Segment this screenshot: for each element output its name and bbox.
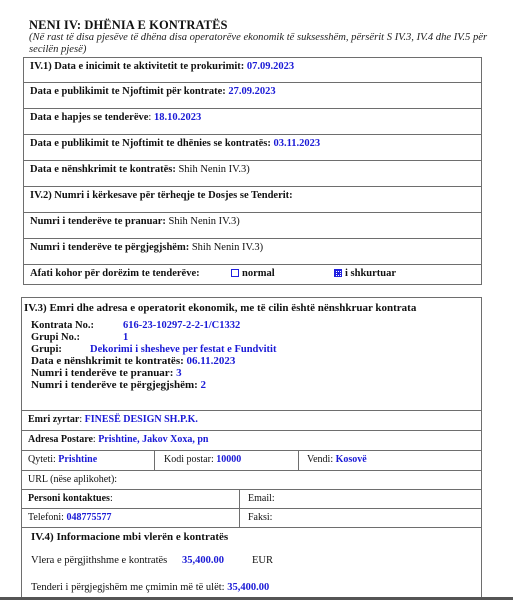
value: Shih Nenin IV.3) [192,242,263,253]
option-shortened[interactable]: i shkurtuar [334,268,396,279]
contact-label: Personi kontaktues [28,493,110,504]
fax-label: Faksi: [248,512,272,523]
checkbox-unchecked-icon[interactable] [231,269,239,277]
value: 07.09.2023 [247,61,294,72]
option-normal[interactable]: normal [231,268,275,279]
accepted-value: 3 [176,367,182,379]
postal-address-value: Prishtine, Jakov Xoxa, pn [98,434,208,445]
contract-dates-table: IV.1) Data e inicimit te aktivitetit te … [23,57,482,285]
row-phone-fax: Telefoni: 048775577 Faksi: [22,509,481,528]
accepted-label: Numri i tenderëve te pranuar: [31,367,176,379]
postal-code-value: 10000 [216,454,241,465]
section4-title: IV.4) Informacione mbi vlerën e kontratë… [31,531,228,543]
postal-address-label: Adresa Postare [28,434,93,445]
responsive-label: Numri i tenderëve te përgjegjshëm: [31,379,201,391]
economic-operator-table: IV.3) Emri dhe adresa e operatorit ekono… [21,297,482,600]
official-name-value: FINESË DESIGN SH.P.K. [85,414,198,425]
row-initiation-date: IV.1) Data e inicimit te aktivitetit te … [24,58,481,83]
phone-value: 048775577 [66,512,111,523]
label: Numri i tenderëve te përgjegjshëm: [30,242,192,253]
label: Data e publikimit te Njoftimit te dhënie… [30,138,274,149]
row-contract-value: IV.4) Informacione mbi vlerën e kontratë… [22,528,481,600]
row-url: URL (nëse aplikohet): [22,471,481,490]
row-deadline: Afati kohor për dorëzim te tenderëve: no… [24,265,481,285]
row-accepted-tenders: Numri i tenderëve te pranuar: Shih Nenin… [24,213,481,239]
total-value-label: Vlera e përgjithshme e kontratës [31,555,167,566]
label: IV.1) Data e inicimit te aktivitetit te … [30,61,247,72]
group-label: Grupi: [31,344,62,355]
row-postal-address: Adresa Postare: Prishtine, Jakov Xoxa, p… [22,431,481,451]
row-signing-date: Data e nënshkrimit te kontratës: Shih Ne… [24,161,481,187]
row-award-notice-date: Data e publikimit te Njoftimit te dhënie… [24,135,481,161]
contract-no-value: 616-23-10297-2-2-1/C1332 [123,320,240,331]
group-value: Dekorimi i shesheve per festat e Fundvit… [90,344,276,355]
contract-no-label: Kontrata No.: [31,320,94,331]
label: Numri i tenderëve te pranuar: [30,216,169,227]
value: 03.11.2023 [274,138,321,149]
sign-date-label: Data e nënshkrimit te kontratës: [31,355,187,367]
lowest-value: 35,400.00 [227,582,269,593]
label: Data e nënshkrimit te kontratës: [30,164,178,175]
postal-code-label: Kodi postar: [164,454,216,465]
total-value: 35,400.00 [182,555,224,566]
phone-label: Telefoni: [28,512,66,523]
row-withdrawal-requests: IV.2) Numri i kërkesave për tërheqje te … [24,187,481,213]
country-value: Kosovë [336,454,367,465]
section-subnote: (Në rast të disa pjesëve të dhëna disa o… [29,32,489,56]
row-operator-summary: IV.3) Emri dhe adresa e operatorit ekono… [22,298,481,411]
checkbox-checked-icon[interactable] [334,269,342,277]
row-opening-date: Data e hapjes se tenderëve: 18.10.2023 [24,109,481,135]
row-responsive-tenders: Numri i tenderëve te përgjegjshëm: Shih … [24,239,481,265]
label: Data e hapjes se tenderëve [30,112,148,123]
value: Shih Nenin IV.3) [178,164,249,175]
city-value: Prishtine [58,454,97,465]
lowest-label: Tenderi i përgjegjshëm me çmimin më të u… [31,582,227,593]
city-label: Qyteti: [28,454,58,465]
value: 27.09.2023 [228,86,275,97]
label: IV.2) Numri i kërkesave për tërheqje te … [30,190,293,201]
label: Data e publikimit te Njoftimit për kontr… [30,86,228,97]
deadline-label: Afati kohor për dorëzim te tenderëve: [30,268,200,279]
section-title: IV.3) Emri dhe adresa e operatorit ekono… [24,302,416,314]
sign-date-value: 06.11.2023 [187,355,236,367]
value: Shih Nenin IV.3) [169,216,240,227]
section-heading: NENI IV: DHËNIA E KONTRATËS [29,18,228,33]
group-no-value: 1 [123,332,128,343]
row-contact: Personi kontaktues: Email: [22,490,481,509]
row-city-code-country: Qyteti: Prishtine Kodi postar: 10000 Ven… [22,451,481,471]
official-name-label: Emri zyrtar [28,414,79,425]
row-publication-date: Data e publikimit te Njoftimit për kontr… [24,83,481,109]
value: 18.10.2023 [154,112,201,123]
group-no-label: Grupi No.: [31,332,80,343]
currency: EUR [252,555,273,566]
email-label: Email: [248,493,275,504]
url-label: URL (nëse aplikohet): [28,474,117,485]
responsive-value: 2 [201,379,207,391]
row-official-name: Emri zyrtar: FINESË DESIGN SH.P.K. [22,411,481,431]
country-label: Vendi: [307,454,336,465]
